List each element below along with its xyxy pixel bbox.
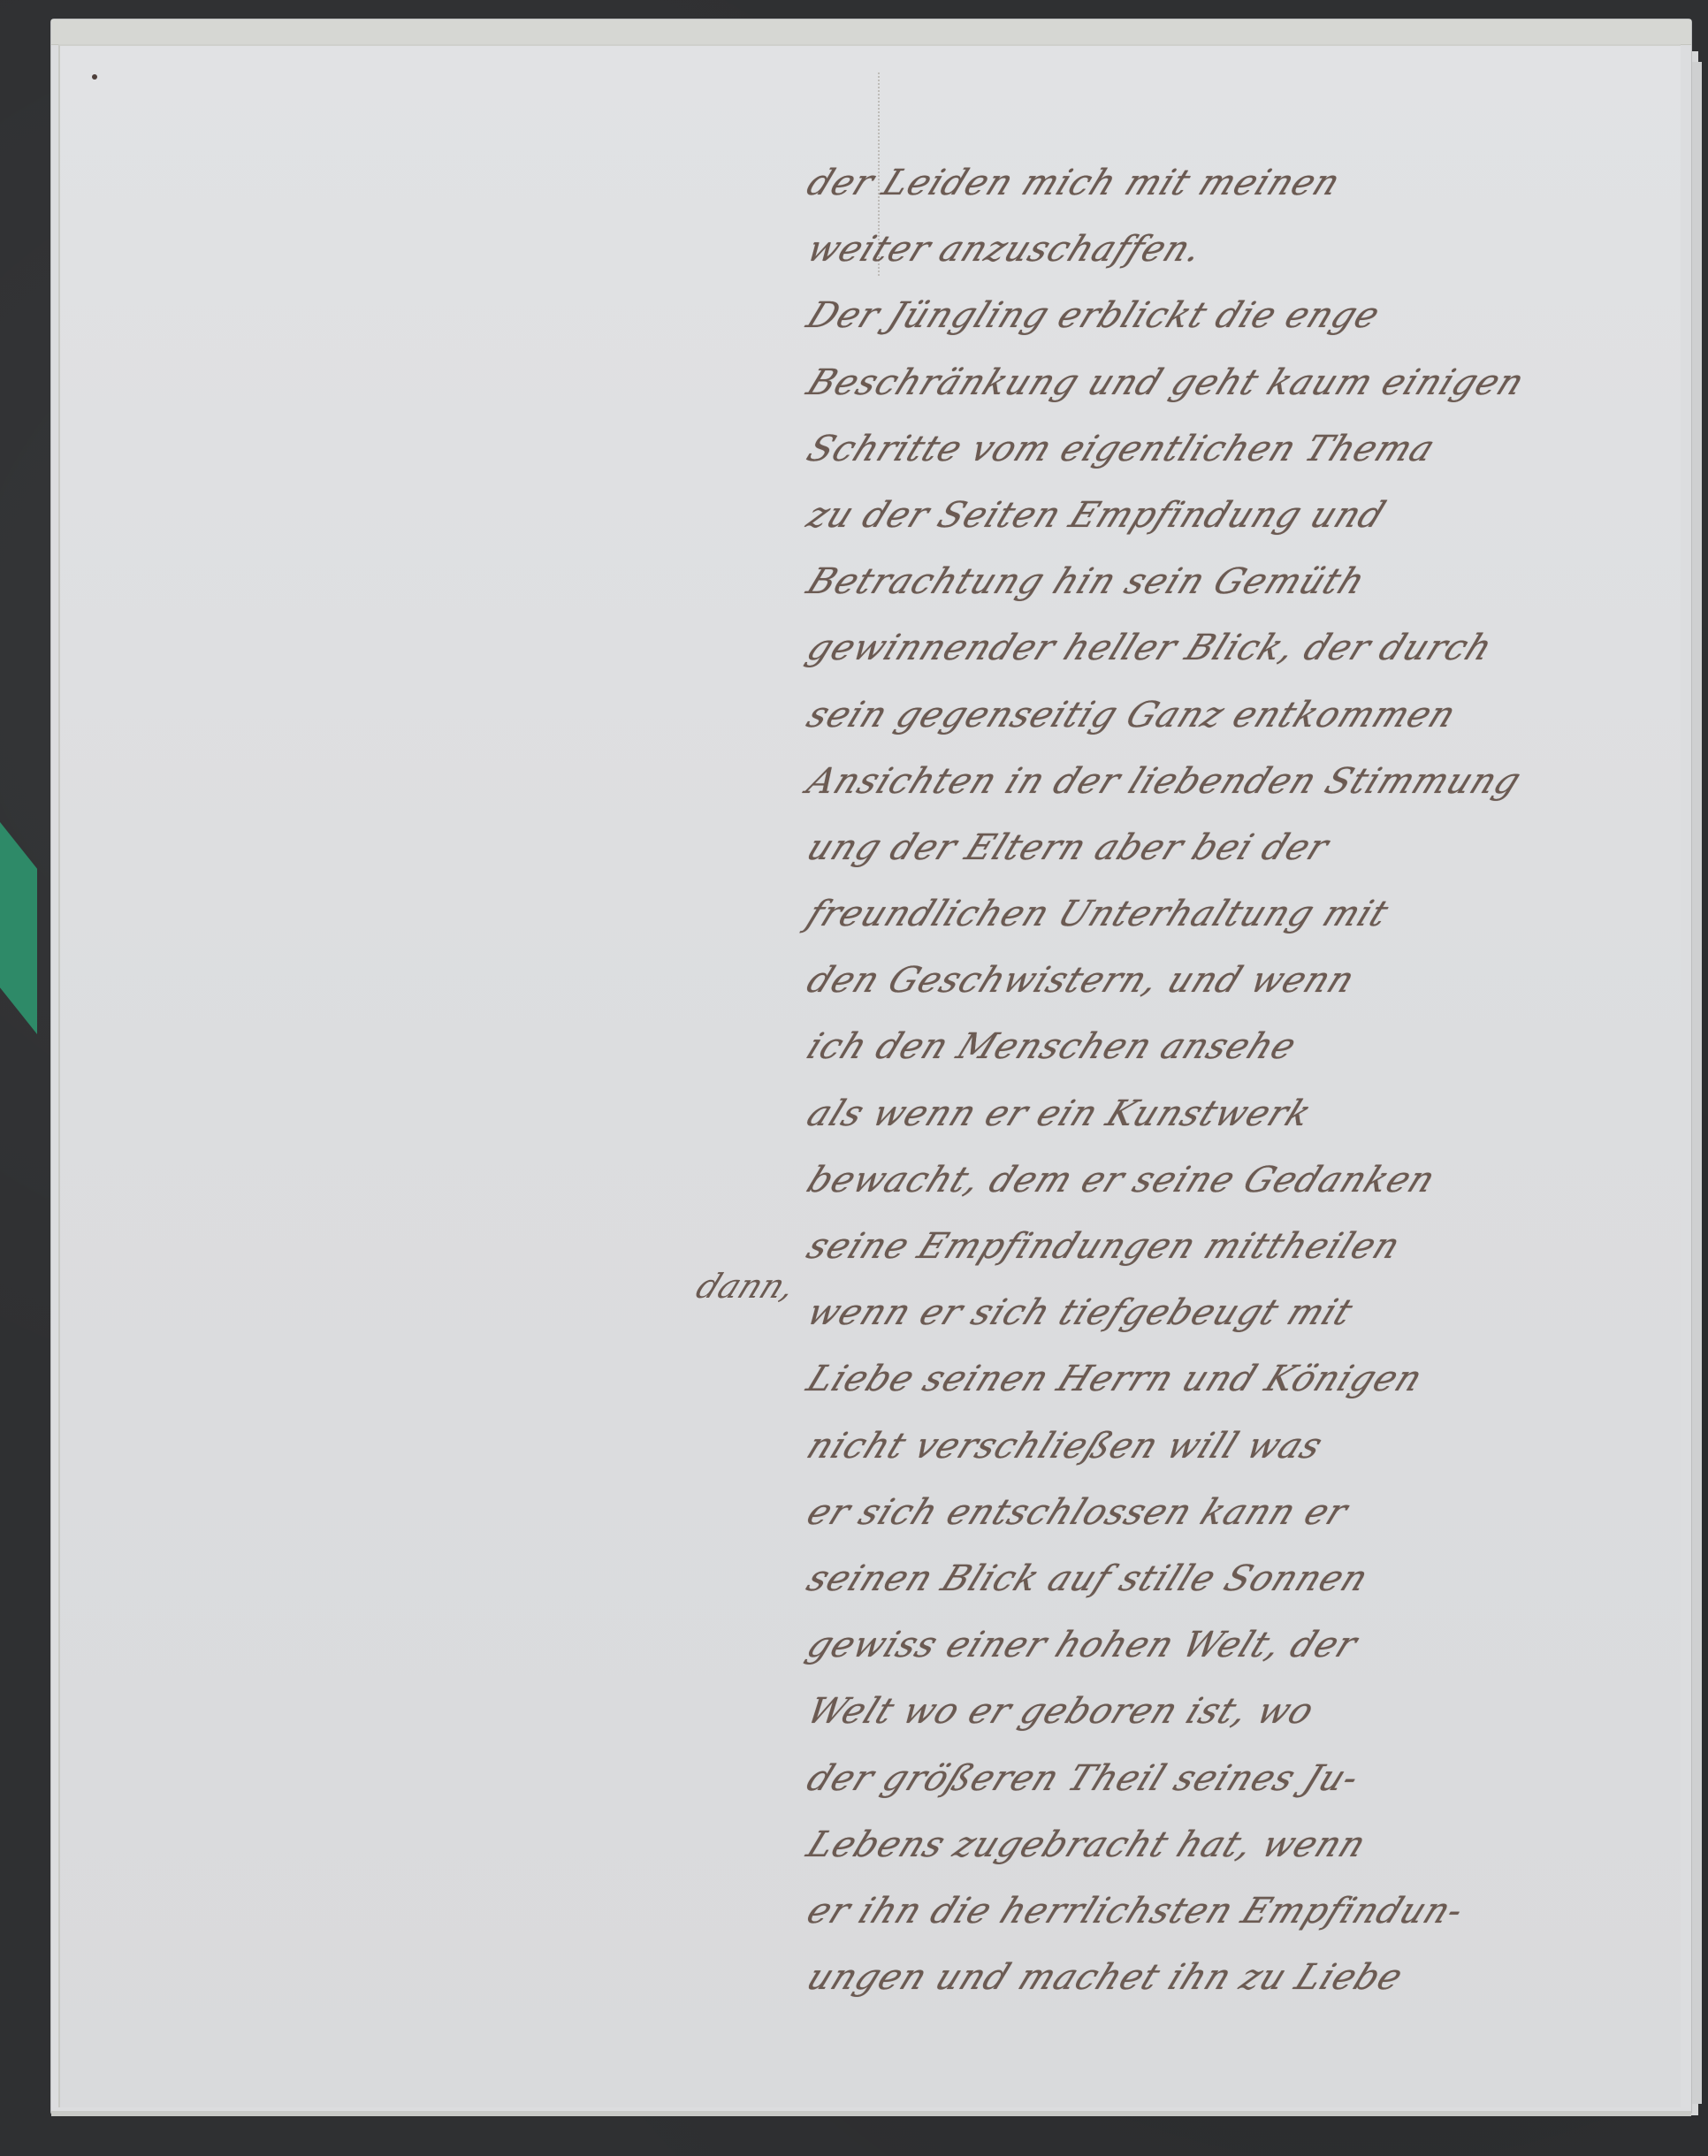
text-line: ungen und machet ihn zu Liebe — [796, 1945, 1671, 2011]
text-line: Welt wo er geboren ist, wo — [796, 1679, 1671, 1745]
text-line: wenn er sich tiefgebeugt mit — [796, 1280, 1671, 1346]
text-line: der Leiden mich mit meinen — [796, 150, 1671, 217]
text-line: er ihn die herrlichsten Empfindun- — [796, 1878, 1671, 1945]
text-line: Betrachtung hin sein Gemüth — [796, 549, 1671, 615]
text-line: gewinnender heller Blick, der durch — [796, 615, 1671, 682]
text-line: sein gegenseitig Ganz entkommen — [796, 682, 1671, 749]
page-top-fold — [51, 19, 1691, 45]
text-line: gewiss einer hohen Welt, der — [796, 1612, 1671, 1679]
text-line: Schritte vom eigentlichen Thema — [796, 416, 1671, 483]
text-line: Beschränkung und geht kaum einigen — [796, 350, 1671, 416]
text-line: bewacht, dem er seine Gedanken — [796, 1147, 1671, 1214]
text-line: zu der Seiten Empfindung und — [796, 483, 1671, 549]
text-line: Lebens zugebracht hat, wenn — [796, 1812, 1671, 1878]
page-bottom-edge — [51, 2111, 1691, 2116]
text-line: weiter anzuschaffen. — [796, 217, 1671, 283]
text-line: Liebe seinen Herrn und Königen — [796, 1346, 1671, 1413]
text-line: seinen Blick auf stille Sonnen — [796, 1546, 1671, 1612]
text-line: Ansichten in der liebenden Stimmung — [796, 749, 1671, 815]
text-line: seine Empfindungen mittheilen — [796, 1214, 1671, 1280]
text-line: freundlichen Unterhaltung mit — [796, 881, 1671, 948]
text-line: er sich entschlossen kann er — [796, 1480, 1671, 1546]
text-line: den Geschwistern, und wenn — [796, 948, 1671, 1014]
text-line: nicht verschließen will was — [796, 1413, 1671, 1480]
handwritten-text-block: der Leiden mich mit meinen weiter anzusc… — [796, 150, 1644, 2011]
text-line: ung der Eltern aber bei der — [796, 815, 1671, 881]
text-line: als wenn er ein Kunstwerk — [796, 1081, 1671, 1147]
text-line: ich den Menschen ansehe — [796, 1014, 1671, 1080]
ink-dot-mark — [92, 74, 97, 80]
text-line: Der Jüngling erblickt die enge — [796, 283, 1671, 349]
text-line: der größeren Theil seines Ju- — [796, 1746, 1671, 1812]
margin-note: dann, — [690, 1267, 802, 1306]
